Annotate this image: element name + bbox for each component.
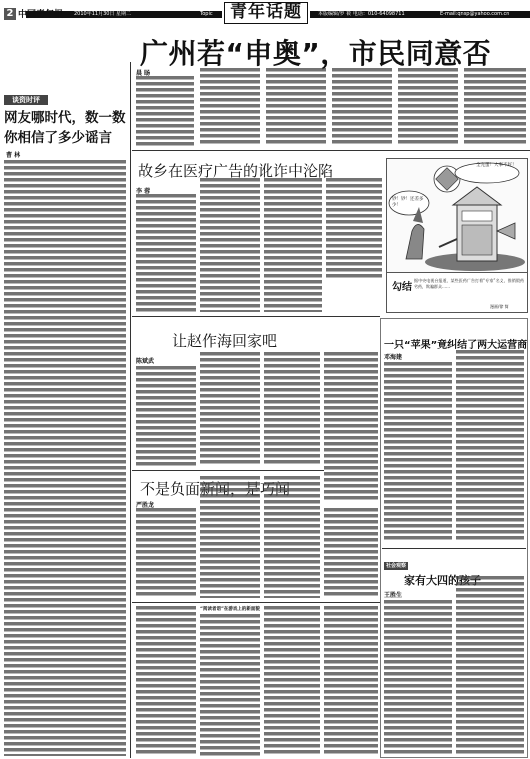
zhao-body-col1 [136, 366, 196, 466]
continuation-subhead: “阅读者语”在游戏上的新面貌 [200, 606, 260, 612]
family-body-col2 [456, 576, 524, 754]
left-headline: 网友哪时代，数一数 你相信了多少谣言 [4, 108, 126, 148]
editor-line: 本版编辑/罗 筱 电话：010-64098711 [318, 11, 405, 18]
negative-body-col3 [264, 476, 320, 598]
medical-body-col2 [200, 178, 260, 312]
medical-body-col3 [264, 178, 322, 312]
lead-body-col2 [200, 68, 260, 146]
lead-headline: 广州若“申奥”，市民同意否 [140, 32, 491, 72]
apple-body-col2 [456, 350, 524, 542]
left-section-tag: 谈资时评 [4, 95, 48, 105]
continuation-col3 [264, 606, 320, 756]
paper-logo: 中国青年报 [18, 7, 63, 20]
left-column-divider [130, 62, 131, 758]
family-body-col1 [384, 600, 452, 754]
family-section-tag: 社会观察 [384, 562, 408, 570]
cartoon-illustration [386, 158, 528, 273]
medical-body-col1 [136, 194, 196, 312]
zhao-headline: 让赵作海回家吧 [172, 330, 277, 351]
negative-body-col4 [324, 508, 378, 598]
date-line: 2010年11月30日 星期二 [74, 11, 131, 18]
lead-body-col5 [398, 68, 458, 146]
apple-headline: 一只“苹果”竟纠结了两大运营商 [384, 336, 527, 351]
zhao-body-col3 [264, 352, 320, 466]
divider-zhao [132, 470, 324, 471]
family-byline: 王胜生 [384, 590, 402, 599]
left-column-body [4, 160, 126, 756]
lead-body-col3 [266, 68, 326, 146]
lead-body-col1 [136, 76, 194, 146]
cartoon-bubble-2: 钞！钞！还差多少！ [392, 196, 428, 208]
negative-body-col1 [136, 508, 196, 598]
divider-medical [132, 316, 380, 317]
lead-body-col6 [464, 68, 526, 146]
contact-email: E-mail:qnsp@yahoo.com.cn [440, 11, 509, 18]
medical-body-col4 [326, 178, 382, 278]
continuation-col4 [324, 606, 378, 756]
page-number: 2 [4, 8, 16, 20]
divider-lead [132, 150, 530, 151]
cartoon-title: 勾结 [392, 278, 412, 293]
divider-negative [132, 602, 380, 603]
apple-body-col1 [384, 362, 452, 542]
zhao-body-col4 [324, 352, 378, 502]
left-headline-line1: 网友哪时代，数一数 [4, 108, 126, 128]
left-byline: 曹 林 [6, 150, 20, 159]
cartoon-bubble-1: 全完蛋！大事不好！ [476, 162, 526, 168]
zhao-body-col2 [200, 352, 260, 466]
topic-label: Topic [200, 11, 213, 18]
continuation-col2 [200, 614, 260, 756]
lead-body-col4 [332, 68, 392, 146]
apple-byline: 邓海建 [384, 352, 402, 361]
zhao-byline: 陈斌武 [136, 356, 154, 365]
section-title: 青年话题 [224, 2, 308, 24]
cartoon-drawing [387, 159, 528, 273]
left-headline-line2: 你相信了多少谣言 [4, 128, 126, 148]
divider-apple [382, 548, 526, 549]
continuation-col1 [136, 606, 196, 756]
cartoon-credit: 漫画/徐 简 [490, 304, 509, 310]
cartoon-caption: 据中央电视台报道，某些医药广告打着“专家”名义，推销假药劣药，欺骗群众…… [414, 278, 524, 302]
negative-body-col2 [200, 476, 260, 598]
